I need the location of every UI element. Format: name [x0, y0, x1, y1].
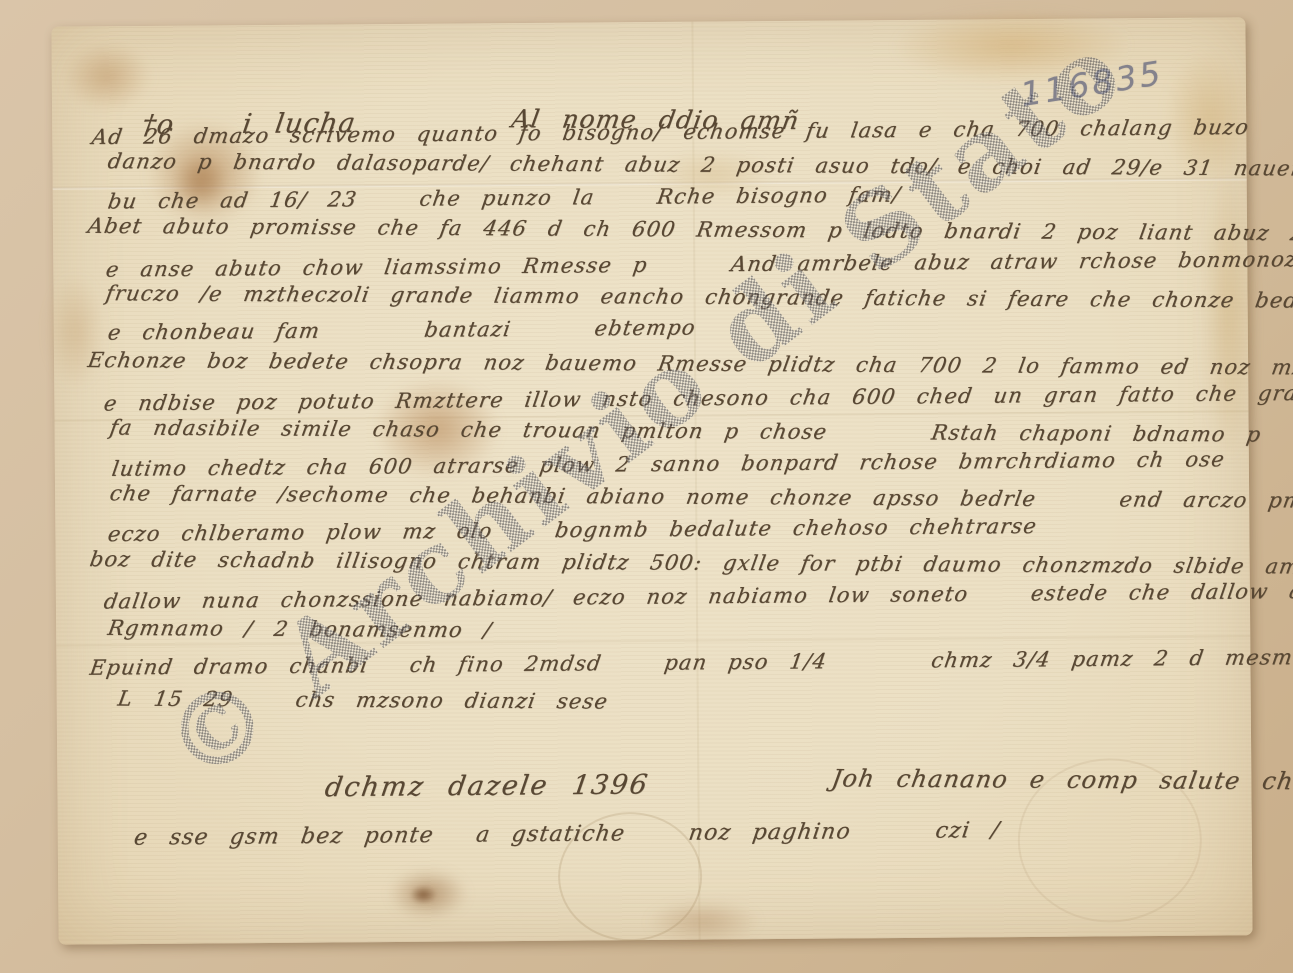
signature: Joh chanano e comp salute che bzg ) — [788, 736, 1293, 796]
signature-text: Joh chanano e comp salute che bzg ) — [829, 764, 1293, 796]
stain — [388, 868, 468, 919]
dateline: dchmz dazele 1396 — [278, 738, 649, 803]
line-text: Rgmnamo / 2 bonamsenmo / — [106, 616, 494, 642]
manuscript-line: Rgmnamo / 2 bonamsenmo / — [108, 616, 492, 642]
line-text: L 15 29 chs mzsono dianzi sese — [116, 687, 610, 714]
manuscript-line: e chonbeau fam bantazi ebtempo — [108, 315, 696, 344]
postscript: e sse gsm bez ponte a gstatiche noz pagh… — [92, 793, 1001, 851]
stain — [648, 901, 758, 942]
stain — [410, 886, 436, 904]
manuscript-line: L 15 29 chs mzsono dianzi sese — [118, 687, 608, 714]
manuscript-photo: { "photo": { "backdrop_color": "#d2bb9c"… — [0, 0, 1293, 973]
stain — [1203, 177, 1255, 457]
